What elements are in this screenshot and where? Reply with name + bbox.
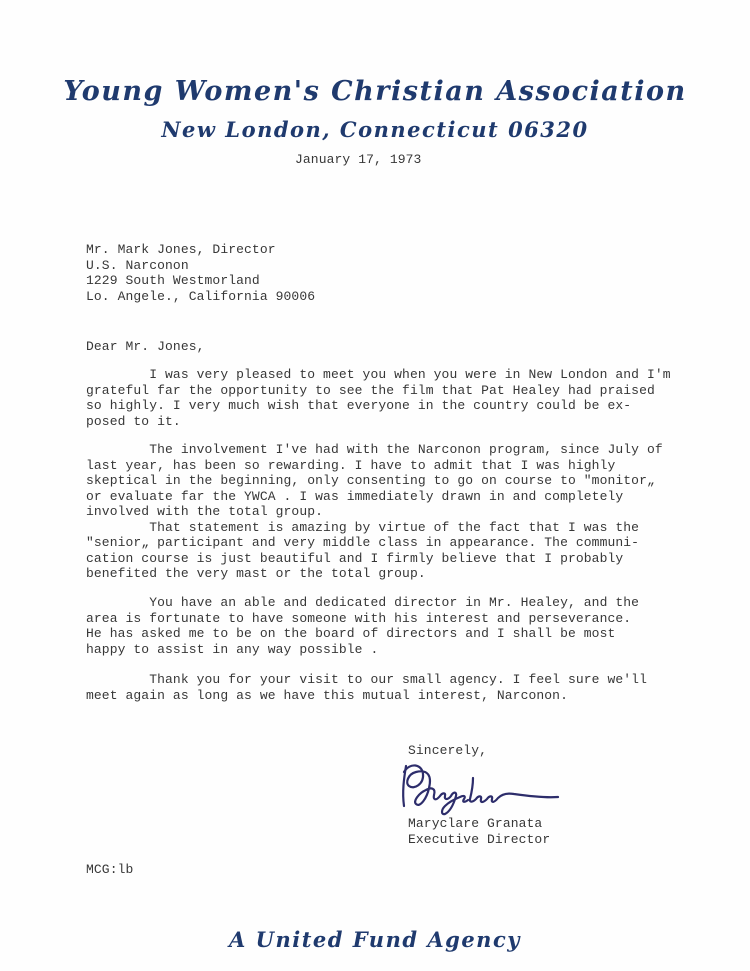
signer-name: Maryclare Granata: [408, 816, 542, 832]
signature-ink-strokes: [392, 756, 577, 816]
letter-date: January 17, 1973: [295, 152, 421, 168]
handwritten-signature: [392, 756, 577, 816]
body-paragraph-4: Thank you for your visit to our small ag…: [86, 672, 647, 703]
signer-title: Executive Director: [408, 832, 550, 848]
letter-page: Young Women's Christian Association New …: [0, 0, 750, 971]
salutation: Dear Mr. Jones,: [86, 339, 205, 355]
body-paragraph-2: The involvement I've had with the Narcon…: [86, 442, 663, 582]
letterhead-location: New London, Connecticut 06320: [0, 117, 750, 142]
recipient-address: Mr. Mark Jones, Director U.S. Narconon 1…: [86, 242, 315, 304]
footer-agency-line: A United Fund Agency: [0, 927, 750, 952]
letterhead-organization: Young Women's Christian Association: [0, 76, 750, 107]
body-paragraph-1: I was very pleased to meet you when you …: [86, 367, 671, 429]
typist-reference: MCG:lb: [86, 862, 133, 878]
body-paragraph-3: You have an able and dedicated director …: [86, 595, 639, 657]
